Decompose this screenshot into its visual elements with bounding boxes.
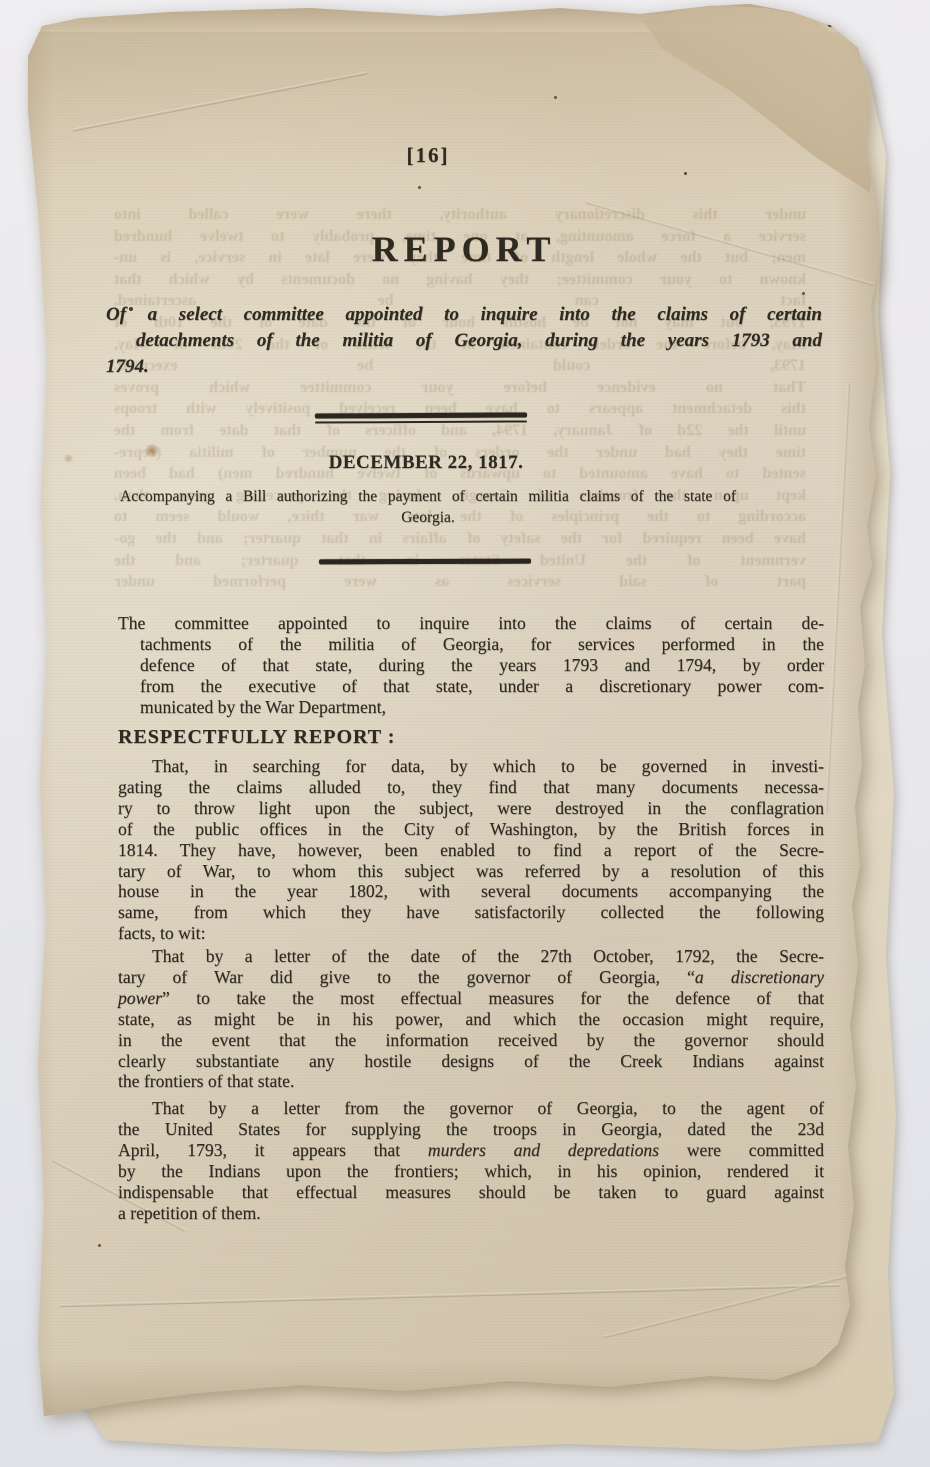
left-edge-shade [20,4,54,1418]
single-rule [319,559,531,565]
crease-line [825,384,851,814]
double-rule [315,412,527,423]
paragraph-committee-appointed: The committee appointed to inquire into … [118,613,824,718]
paper-speck [98,1244,101,1247]
paragraph-searching-for-data: That, in searching for data, by which to… [118,756,824,944]
report-title: REPORT [108,228,820,270]
right-edge-shade [836,4,882,1418]
page-number: [16] [72,143,784,168]
respectfully-report-heading: RESPECTFULLY REPORT : [118,726,395,749]
date-line: DECEMBER 22, 1817. [70,452,782,474]
paper-speck [828,23,832,27]
report-subtitle: Of a select committee appointed to inqui… [106,302,822,380]
bill-caption: Accompanying a Bill authorizing the paym… [120,486,736,528]
paragraph-letter-from-governor: That by a letter from the governor of Ge… [118,1098,824,1223]
paragraph-letter-27th-october: That by a letter of the date of the 27th… [118,946,824,1092]
paper-speck [824,12,830,18]
document-page: under this discretionary authority, ther… [112,0,824,1467]
